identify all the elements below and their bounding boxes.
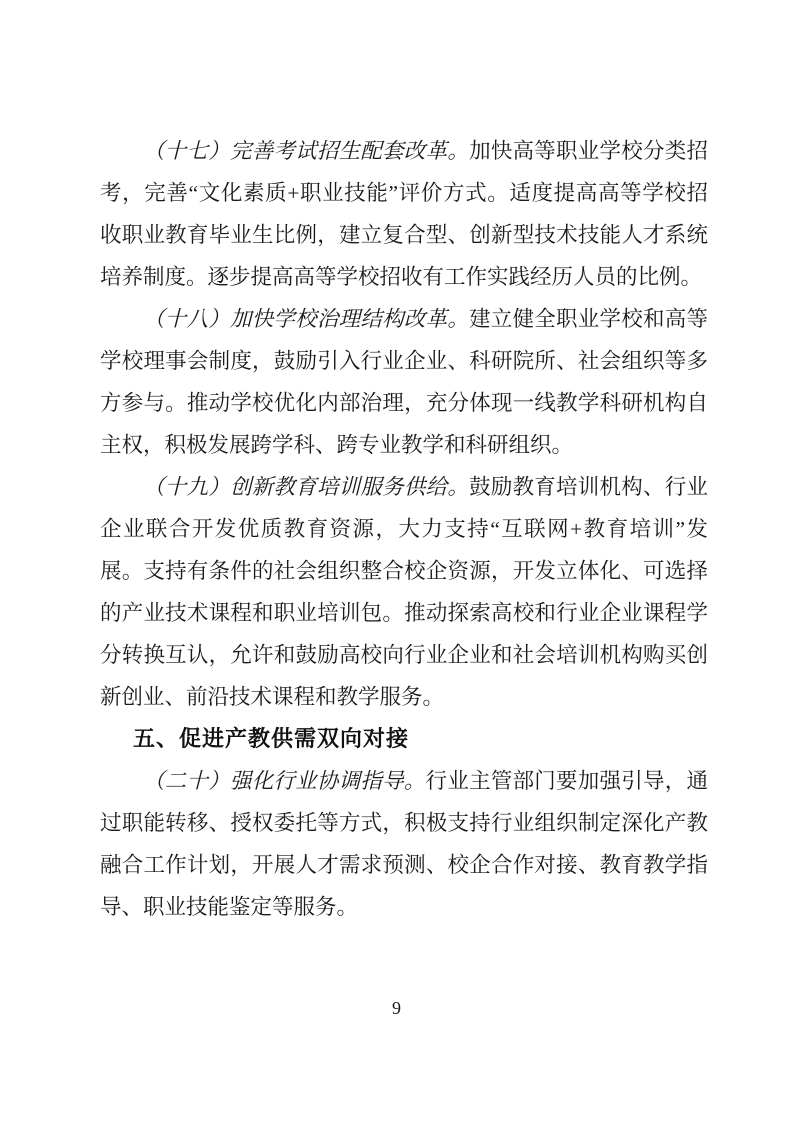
paragraph-lead: （十七）完善考试招生配套改革。 (143, 139, 469, 163)
paragraph: （十八）加快学校治理结构改革。建立健全职业学校和高等学校理事会制度，鼓励引入行业… (100, 298, 708, 466)
paragraph-lead: （十九）创新教育培训服务供给。 (143, 475, 469, 499)
paragraph-lead: （十八）加快学校治理结构改革。 (143, 307, 469, 331)
paragraph: （十九）创新教育培训服务供给。鼓励教育培训机构、行业企业联合开发优质教育资源，大… (100, 466, 708, 718)
document-body: （十七）完善考试招生配套改革。加快高等职业学校分类招考，完善“文化素质+职业技能… (100, 130, 708, 928)
section-heading: 五、促进产教供需双向对接 (100, 718, 708, 760)
page-number: 9 (0, 996, 793, 1020)
paragraph-lead: （二十）强化行业协调指导。 (143, 769, 426, 793)
paragraph: （二十）强化行业协调指导。行业主管部门要加强引导，通过职能转移、授权委托等方式，… (100, 760, 708, 928)
paragraph: （十七）完善考试招生配套改革。加快高等职业学校分类招考，完善“文化素质+职业技能… (100, 130, 708, 298)
paragraph-text: 鼓励教育培训机构、行业企业联合开发优质教育资源，大力支持“互联网+教育培训”发展… (100, 475, 708, 709)
